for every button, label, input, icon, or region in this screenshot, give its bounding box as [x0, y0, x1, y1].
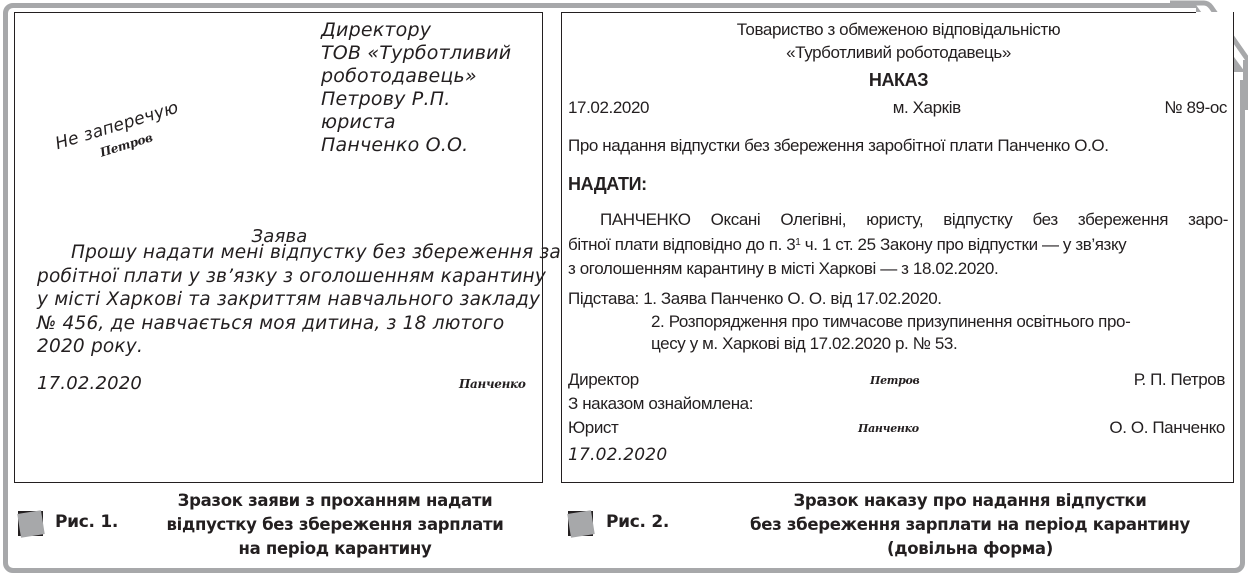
body-line: 2020 року.	[37, 335, 531, 359]
lawyer-sign-row: Юрист Панченко О. О. Панченко	[568, 418, 1225, 438]
application-document: Директору ТОВ «Турботливий робото­давець…	[14, 12, 543, 483]
director-name: Р. П. Петров	[1134, 370, 1225, 390]
order-body: ПАНЧЕНКООксаніОлегівні,юристу,відпусткуб…	[568, 208, 1228, 282]
applicant-signature: Панченко	[459, 377, 526, 391]
order-title: НАКАЗ	[562, 70, 1235, 91]
order-body-line: ПАНЧЕНКООксаніОлегівні,юристу,відпусткуб…	[568, 208, 1228, 233]
caption-line: (довільна форма)	[690, 537, 1248, 561]
order-word: Олегівні,	[780, 208, 846, 233]
caption-line: Зразок заяви з проханням надати	[140, 489, 530, 513]
figure-2-caption: Зразок наказу про надання відпустки без …	[690, 489, 1248, 561]
director-signature: Петров	[870, 374, 919, 387]
order-word: Оксані	[711, 208, 761, 233]
order-basis: Підстава: 1. Заява Панченко О. О. від 17…	[568, 288, 1130, 356]
order-box-right-border	[1233, 70, 1234, 483]
addressee-line: Панченко О.О.	[321, 134, 511, 157]
application-body: Прошу надати мені відпустку без збережен…	[37, 241, 531, 359]
addressee-line: Директору	[321, 19, 511, 42]
order-word: збереження	[1078, 208, 1168, 233]
addressee-line: Петрову Р.П.	[321, 88, 511, 111]
body-line: № 456, де навчається моя дитина, з 18 лю…	[37, 312, 531, 336]
order-city: м. Харків	[893, 98, 961, 118]
caption-line: на період карантину	[140, 537, 530, 561]
addressee-line: робото­давець»	[321, 65, 511, 88]
figure-1-label: Рис. 1.	[55, 512, 118, 532]
resolution-stamp: Не заперечую Петров	[53, 98, 181, 154]
superscript: 1	[795, 237, 800, 248]
organization-line: «Турботливий роботодавець»	[562, 41, 1235, 64]
basis-label: Підстава:	[568, 289, 639, 308]
figure-marker-icon	[18, 511, 43, 536]
body-line: робітної плати у зв’язку з оголошенням к…	[37, 265, 531, 289]
acknowledgement-text: З наказом ознайомлена:	[568, 394, 753, 414]
order-body-line: бітної плати відповідно до п. 31 ч. 1 ст…	[568, 233, 1228, 258]
order-number: № 89-ос	[1164, 98, 1227, 118]
body-line: у місті Харкові та закриттям навчального…	[37, 288, 531, 312]
body-line: Прошу надати мені відпустку без збережен…	[37, 241, 531, 265]
order-word: без	[1033, 208, 1058, 233]
caption-line: Зразок наказу про надання відпустки	[690, 489, 1248, 513]
order-text: ч. 1 ст. 25 Закону про відпустки — у зв’…	[800, 235, 1126, 254]
caption-line: без збереження зарплати на період карант…	[690, 513, 1248, 537]
application-date: 17.02.2020	[37, 373, 142, 394]
order-date: 17.02.2020	[568, 98, 649, 118]
organization-line: Товариство з обмеженою відповідальністю	[562, 18, 1235, 41]
basis-item: 2. Розпорядження про тимчасове призупине…	[568, 311, 1130, 334]
caption-line: відпустку без збереження зарплати	[140, 513, 530, 537]
basis-item: 1. Заява Панченко О. О. від 17.02.2020.	[643, 289, 941, 308]
figure-marker-icon	[568, 511, 593, 536]
acknowledgement-row: З наказом ознайомлена:	[568, 394, 1225, 414]
order-body-line: з оголошенням карантину в місті Харкові …	[568, 257, 1228, 282]
order-word: юристу,	[866, 208, 923, 233]
director-position: Директор	[568, 370, 639, 390]
order-text: бітної плати відповідно до п. 3	[568, 235, 795, 254]
order-word: ПАНЧЕНКО	[600, 208, 691, 233]
order-subject: Про надання відпустки без збереження зар…	[568, 136, 1109, 156]
addressee-line: юриста	[321, 111, 511, 134]
lawyer-signature: Панченко	[858, 422, 919, 435]
order-document: Товариство з обмеженою відповідальністю …	[561, 12, 1234, 483]
addressee-line: ТОВ «Турботливий	[321, 42, 511, 65]
lawyer-name: О. О. Панченко	[1109, 418, 1225, 438]
acknowledgement-date: 17.02.2020	[568, 445, 667, 465]
director-sign-row: Директор Петров Р. П. Петров	[568, 370, 1225, 390]
figure-1-caption: Зразок заяви з проханням надати відпустк…	[140, 489, 530, 561]
order-meta-row: 17.02.2020 м. Харків № 89-ос	[568, 98, 1227, 118]
addressee-block: Директору ТОВ «Турботливий робото­давець…	[321, 19, 511, 157]
order-word: заро-	[1188, 208, 1228, 233]
order-word: відпустку	[943, 208, 1012, 233]
lawyer-position: Юрист	[568, 418, 618, 438]
order-heading: НАДАТИ:	[568, 174, 647, 195]
organization-name: Товариство з обмеженою відповідальністю …	[562, 18, 1235, 64]
order-box-top-border	[561, 12, 1196, 13]
basis-item: цесу у м. Харкові від 17.02.2020 р. № 53…	[568, 333, 1130, 356]
figure-2-label: Рис. 2.	[606, 512, 669, 532]
